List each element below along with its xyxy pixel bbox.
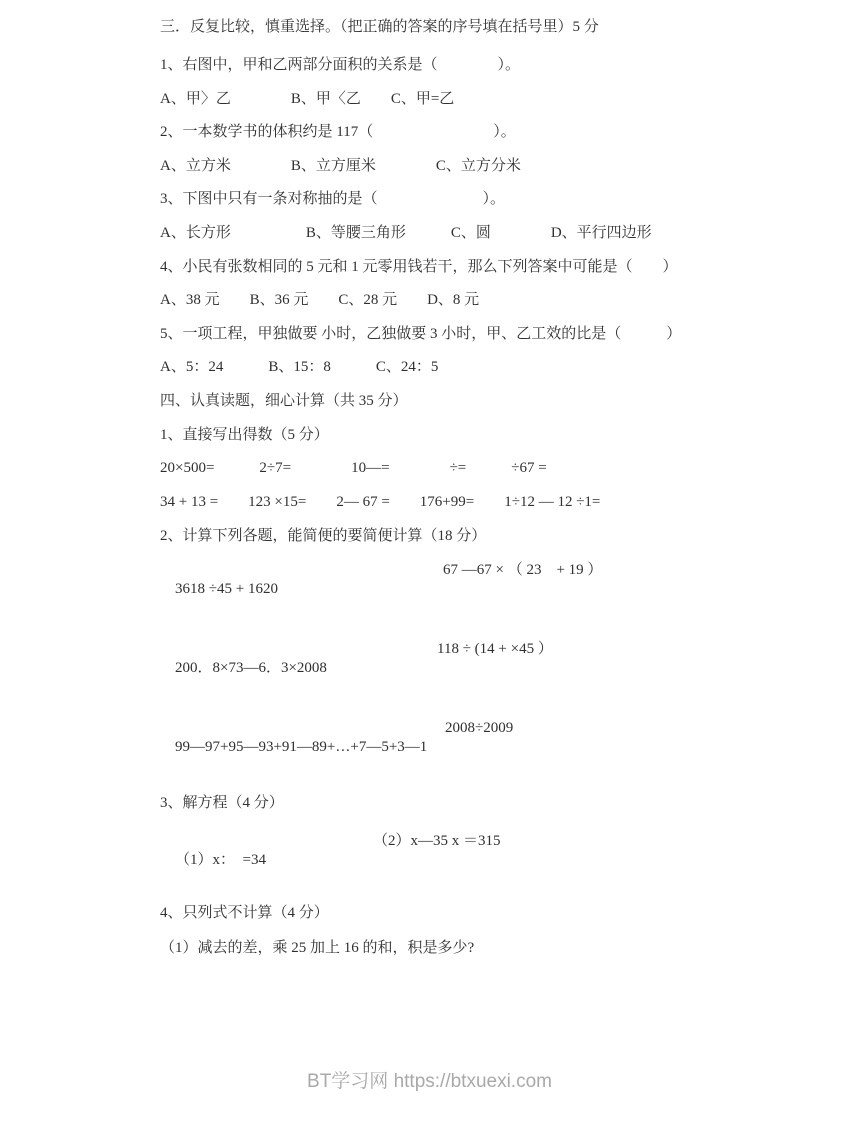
list-expression-q1: （1）减去的差，乘 25 加上 16 的和，积是多少? — [160, 939, 474, 958]
section-four-heading: 四、认真读题，细心计算（共 35 分） — [160, 392, 408, 411]
list-expression-heading: 4、只列式不计算（4 分） — [160, 904, 329, 923]
question-1-text: 1、右图中，甲和乙两部分面积的关系是（ ）。 — [160, 56, 520, 75]
question-5-text: 5、一项工程，甲独做要 小时，乙独做要 3 小时，甲、乙工效的比是（ ） — [160, 325, 681, 344]
simplify-row-3-left: 99—97+95—93+91—89+…+7—5+3—1 — [175, 739, 427, 755]
question-3-text: 3、下图中只有一条对称抽的是（ ）。 — [160, 190, 505, 209]
oral-calc-heading: 1、直接写出得数（5 分） — [160, 426, 329, 445]
simplify-calc-row-2: 200．8×73—6．3×2008 118 ÷ (14 + ×45 ） — [160, 640, 327, 716]
equation-1: （1）x： =34 — [175, 852, 266, 868]
question-1-options: A、甲〉乙 B、甲〈乙 C、甲=乙 — [160, 90, 454, 109]
question-4-text: 4、小民有张数相同的 5 元和 1 元零用钱若干，那么下列答案中可能是（ ） — [160, 258, 678, 277]
exam-paper-page: 三．反复比较，慎重选择。（把正确的答案的序号填在括号里）5 分 1、右图中，甲和… — [0, 0, 859, 1122]
oral-calc-row-1: 20×500= 2÷7= 10—= ÷= ÷67 = — [160, 459, 547, 478]
question-3-options: A、长方形 B、等腰三角形 C、圆 D、平行四边形 — [160, 224, 652, 243]
solve-equations-row: （1）x： =34 （2）x—35 x ＝315 — [160, 832, 266, 908]
question-2-text: 2、一本数学书的体积约是 117（ ）。 — [160, 123, 516, 142]
simplify-row-1-left: 3618 ÷45 + 1620 — [175, 581, 278, 597]
question-4-options: A、38 元 B、36 元 C、28 元 D、8 元 — [160, 291, 479, 310]
oral-calc-row-2: 34 + 13 = 123 ×15= 2— 67 = 176+99= 1÷12 … — [160, 493, 600, 512]
question-2-options: A、立方米 B、立方厘米 C、立方分米 — [160, 157, 521, 176]
footer-site-credit: BT学习网 https://btxuexi.com — [0, 1066, 859, 1093]
equation-2: （2）x—35 x ＝315 — [373, 832, 501, 851]
simplify-calc-row-3: 99—97+95—93+91—89+…+7—5+3—1 2008÷2009 — [160, 719, 427, 795]
simplify-calc-row-1: 3618 ÷45 + 1620 67 —67 × （ 23 + 19 ） — [160, 561, 278, 637]
simplify-row-2-left: 200．8×73—6．3×2008 — [175, 660, 327, 676]
simplify-calc-heading: 2、计算下列各题，能简便的要简便计算（18 分） — [160, 527, 486, 546]
simplify-row-3-right: 2008÷2009 — [445, 719, 513, 738]
simplify-row-2-right: 118 ÷ (14 + ×45 ） — [437, 640, 553, 659]
question-5-options: A、5：24 B、15：8 C、24：5 — [160, 358, 438, 377]
section-three-heading: 三．反复比较，慎重选择。（把正确的答案的序号填在括号里）5 分 — [160, 18, 599, 37]
simplify-row-1-right: 67 —67 × （ 23 + 19 ） — [443, 561, 602, 580]
solve-equations-heading: 3、解方程（4 分） — [160, 794, 284, 813]
